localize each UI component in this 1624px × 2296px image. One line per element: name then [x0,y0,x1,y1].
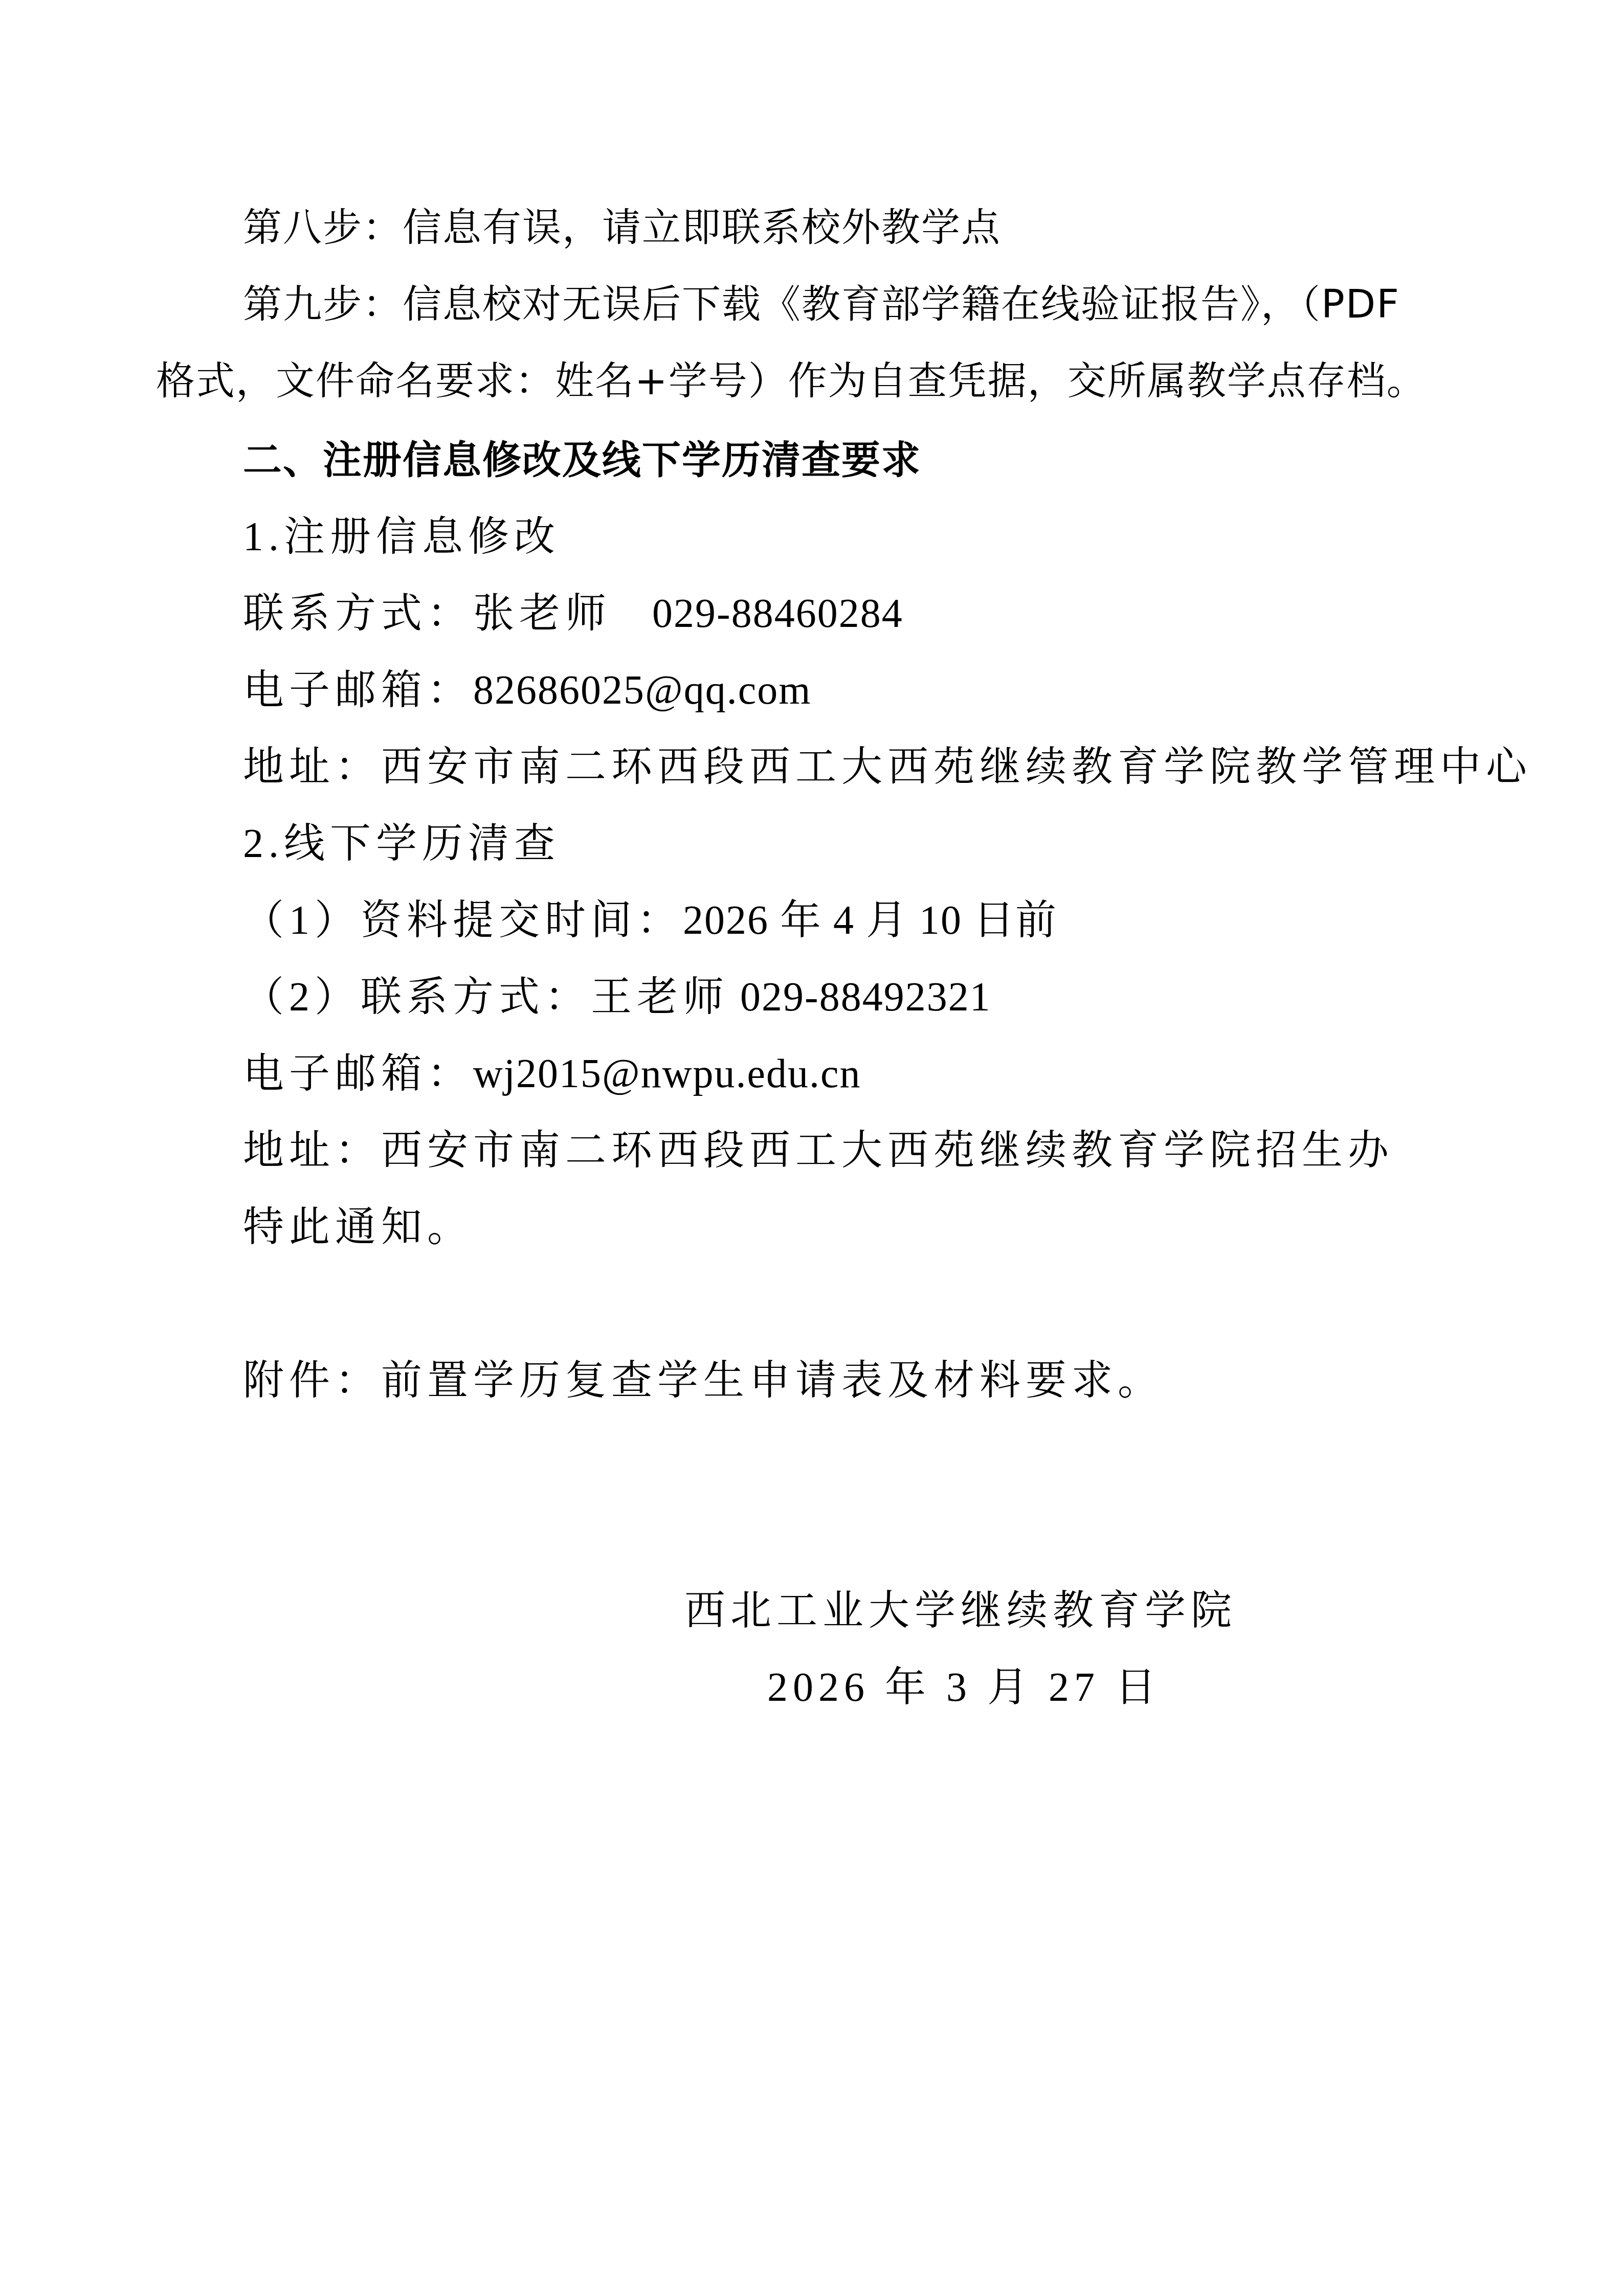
signature-organization: 西北工业大学继续教育学院 [684,1585,1237,1636]
closing-text: 特此通知。 [243,1202,473,1253]
contact-label: （2）联系方式： [243,975,591,1020]
step-9-text-line1: 第九步：信息校对无误后下载《教育部学籍在线验证报告》，（PDF [243,279,1400,330]
attachment-label: 附件： [243,1358,381,1403]
email-link[interactable]: 82686025@qq.com [473,668,811,713]
contact-phone: 029-88460284 [652,591,903,636]
address-value: 西安市南二环西段西工大西苑继续教育学院教学管理中心 [381,745,1532,790]
section-2-heading: 二、注册信息修改及线下学历清查要求 [243,435,921,486]
step-8-text: 第八步：信息有误，请立即联系校外教学点 [243,202,1001,253]
contact-line-1: 联系方式：张老师029-88460284 [243,588,903,639]
address-label: 地址： [243,745,381,790]
address-label: 地址： [243,1128,381,1173]
email-line-2: 电子邮箱：wj2015@nwpu.edu.cn [243,1048,861,1099]
attachment-title[interactable]: 前置学历复查学生申请表及材料要求。 [381,1358,1164,1403]
attachment-line[interactable]: 附件：前置学历复查学生申请表及材料要求。 [243,1355,1164,1406]
address-line-1: 地址：西安市南二环西段西工大西苑继续教育学院教学管理中心 [243,741,1532,793]
submission-time-line: （1）资料提交时间：2026 年 4 月 10 日前 [243,895,1057,946]
signature-date: 2026 年 3 月 27 日 [767,1662,1161,1713]
email-link[interactable]: wj2015@nwpu.edu.cn [473,1051,861,1096]
email-label: 电子邮箱： [243,1051,473,1096]
contact-line-2: （2）联系方式：王老师029-88492321 [243,972,991,1023]
document-page: 第八步：信息有误，请立即联系校外教学点 第九步：信息校对无误后下载《教育部学籍在… [0,0,1624,2296]
address-value: 西安市南二环西段西工大西苑继续教育学院招生办 [381,1128,1394,1173]
submission-time-value: 2026 年 4 月 10 日前 [683,898,1057,943]
contact-name: 王老师 [591,975,729,1020]
contact-phone: 029-88492321 [740,975,991,1020]
submission-time-label: （1）资料提交时间： [243,898,683,943]
step-9-text-line2: 格式，文件命名要求：姓名+学号）作为自查凭据，交所属教学点存档。 [156,355,1427,407]
email-label: 电子邮箱： [243,668,473,713]
contact-name: 张老师 [473,591,611,636]
email-line-1: 电子邮箱：82686025@qq.com [243,665,811,716]
subsection-1-title: 1.注册信息修改 [243,511,560,562]
address-line-2: 地址：西安市南二环西段西工大西苑继续教育学院招生办 [243,1125,1394,1176]
contact-label: 联系方式： [243,591,473,636]
subsection-2-title: 2.线下学历清查 [243,818,560,869]
